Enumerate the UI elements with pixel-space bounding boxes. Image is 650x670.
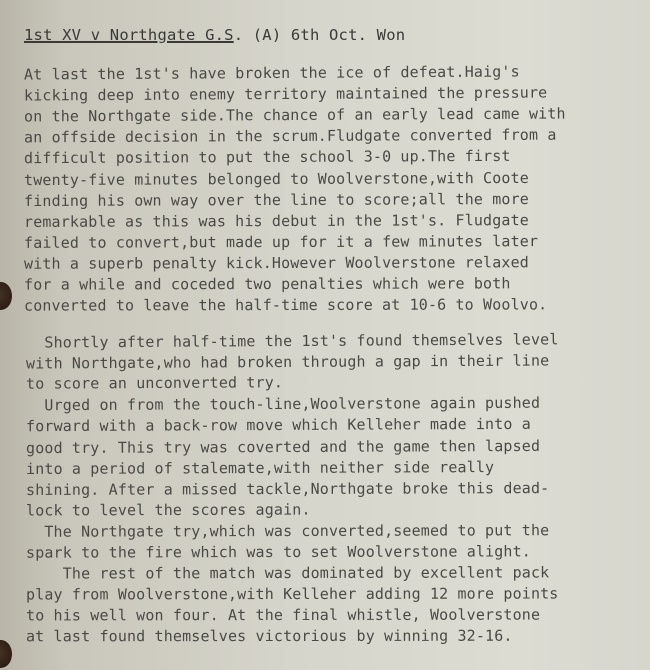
report-line: an offside decision in the scrum.Fludgat… [24, 126, 557, 147]
report-line: with Northgate,who had broken through a … [26, 352, 549, 373]
report-line: finding his own way over the line to sco… [24, 190, 529, 210]
report-line: play from Woolverstone,with Kelleher add… [26, 585, 559, 604]
report-line: on the Northgate side.The chance of an e… [24, 105, 566, 126]
report-line: lock to level the scores again. [26, 500, 311, 519]
report-line: at last found themselves victorious by w… [26, 627, 513, 646]
report-line: converted to leave the half-time score a… [24, 296, 547, 315]
match-details: . (A) 6th Oct. Won [234, 26, 406, 44]
report-line: Shortly after half-time the 1st's found … [26, 330, 559, 351]
report-line: difficult position to put the school 3-0… [24, 147, 511, 167]
match-heading: 1st XV v Northgate G.S. (A) 6th Oct. Won [24, 26, 405, 44]
punch-hole [0, 640, 12, 668]
report-line: shining. After a missed tackle,Northgate… [26, 479, 549, 499]
report-line: At last the 1st's have broken the ice of… [24, 62, 520, 83]
report-line: to score an unconverted try. [26, 373, 283, 392]
report-line: with a superb penalty kick.However Woolv… [24, 253, 529, 272]
report-line: Urged on from the touch-line,Woolverston… [26, 394, 540, 415]
report-line: kicking deep into enemy territory mainta… [24, 84, 547, 105]
report-line: to his well won four. At the final whist… [26, 606, 540, 625]
report-line: The rest of the match was dominated by e… [26, 564, 549, 583]
report-line: twenty-five minutes belonged to Woolvers… [24, 168, 529, 188]
report-line: good try. This try was coverted and the … [26, 436, 540, 456]
report-line: forward with a back-row move which Kelle… [26, 415, 531, 435]
typewritten-page: 1st XV v Northgate G.S. (A) 6th Oct. Won… [0, 0, 650, 670]
report-line: spark to the fire which was to set Woolv… [26, 542, 531, 561]
report-line: into a period of stalemate,with neither … [26, 458, 494, 478]
report-line: remarkable as this was his debut in the … [24, 211, 529, 231]
report-line: The Northgate try,which was converted,se… [26, 521, 549, 541]
report-line: failed to convert,but made up for it a f… [24, 232, 538, 252]
match-title: 1st XV v Northgate G.S [24, 26, 234, 44]
punch-hole [0, 282, 12, 310]
report-line: for a while and coceded two penalties wh… [24, 274, 511, 293]
